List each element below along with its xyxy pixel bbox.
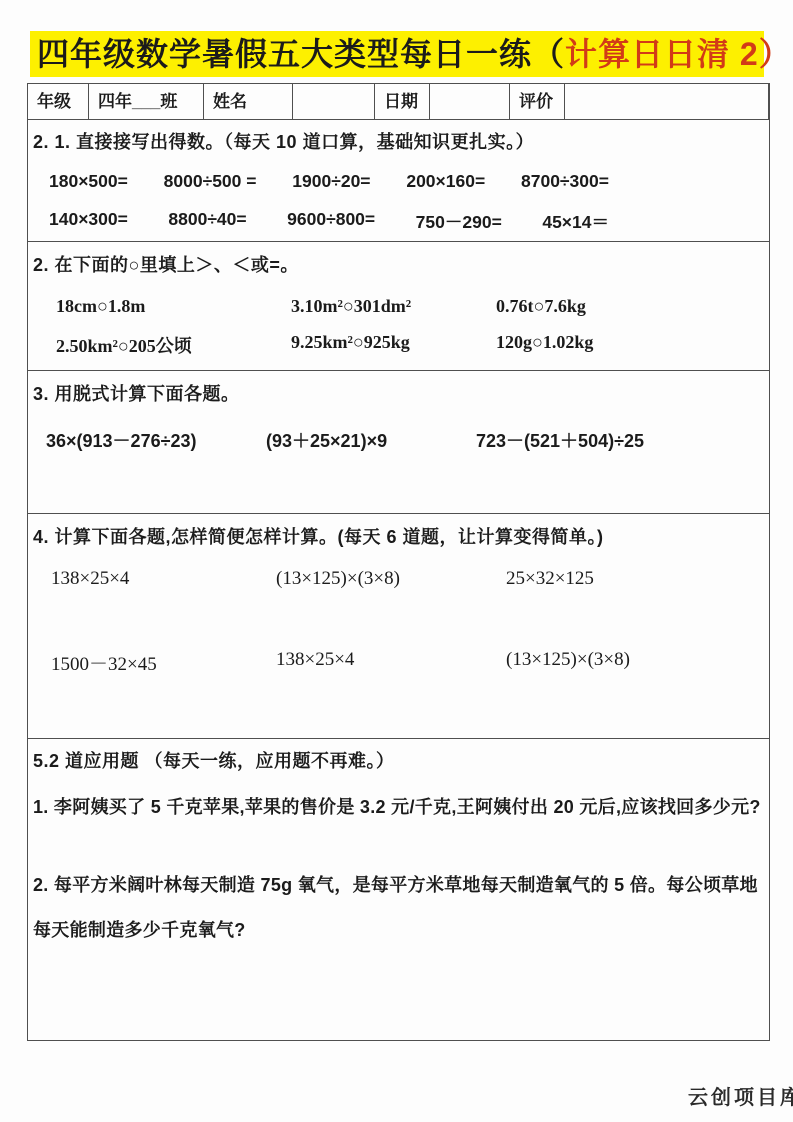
- name-label: 姓名: [204, 84, 293, 119]
- comparison-item: 9.25km²○925kg: [291, 332, 496, 358]
- title-main-text: 四年级数学暑假五大类型每日一练（: [37, 36, 565, 72]
- word-problem-2: 2. 每平方米阔叶林每天制造 75g 氧气，是每平方米草地每天制造氧气的 5 倍…: [28, 863, 769, 953]
- section-2-heading: 2. 在下面的○里填上＞、＜或=。: [28, 242, 769, 277]
- page-title: 四年级数学暑假五大类型每日一练（计算日日清 2）: [30, 31, 764, 77]
- expression: 180×500=: [49, 171, 128, 192]
- expression: 140×300=: [49, 209, 128, 234]
- expression: 723－(521＋504)÷25: [476, 427, 769, 453]
- expression: 200×160=: [406, 171, 485, 192]
- expression: 36×(913－276÷23): [46, 427, 266, 453]
- comparison-item: 18cm○1.8m: [56, 296, 291, 317]
- expression: 750－290=: [416, 209, 502, 234]
- expression: 138×25×4: [276, 649, 506, 676]
- expression: 1500－32×45: [51, 649, 276, 676]
- expression: 8000÷500 =: [164, 171, 257, 192]
- comparison-item: 0.76t○7.6kg: [496, 296, 769, 317]
- section-1-heading: 2. 1. 直接接写出得数。（每天 10 道口算，基础知识更扎实。）: [28, 120, 769, 154]
- date-label: 日期: [375, 84, 430, 119]
- date-value: [430, 84, 510, 119]
- section-1-prefix: 2.: [33, 132, 49, 152]
- name-value: [293, 84, 375, 119]
- section-comparison: 2. 在下面的○里填上＞、＜或=。 18cm○1.8m 3.10m²○301dm…: [28, 242, 769, 371]
- section-simplified-calculation: 4. 计算下面各题,怎样简便怎样计算。(每天 6 道题，让计算变得简单。) 13…: [28, 514, 769, 739]
- grade-label: 年级: [28, 84, 89, 119]
- expression: 138×25×4: [51, 568, 276, 590]
- simplified-row-1: 138×25×4 (13×125)×(3×8) 25×32×125: [51, 568, 769, 590]
- expression: (13×125)×(3×8): [276, 568, 506, 590]
- oral-row-2: 140×300= 8800÷40= 9600÷800= 750－290= 45×…: [49, 209, 609, 234]
- worksheet-body: 年级 四年___班 姓名 日期 评价 2. 1. 直接接写出得数。（每天 10 …: [27, 83, 770, 1041]
- section-3-heading: 3. 用脱式计算下面各题。: [28, 371, 769, 406]
- expression: 25×32×125: [506, 568, 769, 590]
- step-calc-row: 36×(913－276÷23) (93＋25×21)×9 723－(521＋50…: [46, 427, 769, 453]
- grade-value: 四年___班: [89, 84, 204, 119]
- expression: 9600÷800=: [287, 209, 375, 234]
- title-accent-text: 计算日日清 2）: [565, 36, 792, 72]
- info-table: 年级 四年___班 姓名 日期 评价: [28, 84, 769, 120]
- section-word-problems: 5.2 道应用题 （每天一练，应用题不再难。） 1. 李阿姨买了 5 千克苹果,…: [28, 739, 769, 1041]
- section-5-heading: 5.2 道应用题 （每天一练，应用题不再难。）: [28, 739, 769, 773]
- section-1-title: 1. 直接接写出得数。（每天 10 道口算，基础知识更扎实。）: [55, 132, 535, 152]
- comparison-item: 3.10m²○301dm²: [291, 296, 496, 317]
- expression: 8800÷40=: [168, 209, 246, 234]
- rating-value: [565, 84, 769, 119]
- expression: (93＋25×21)×9: [266, 427, 476, 453]
- expression: 1900÷20=: [292, 171, 370, 192]
- comparison-row-1: 18cm○1.8m 3.10m²○301dm² 0.76t○7.6kg: [56, 296, 769, 317]
- comparison-row-2: 2.50km²○205公顷 9.25km²○925kg 120g○1.02kg: [56, 332, 769, 358]
- rating-label: 评价: [510, 84, 565, 119]
- expression: 45×14＝: [542, 209, 609, 234]
- watermark-text: 云创项目库: [688, 1081, 793, 1110]
- comparison-item: 2.50km²○205公顷: [56, 332, 291, 358]
- worksheet-page: 四年级数学暑假五大类型每日一练（计算日日清 2） 年级 四年___班 姓名 日期…: [0, 0, 793, 1122]
- section-oral-calculation: 2. 1. 直接接写出得数。（每天 10 道口算，基础知识更扎实。） 180×5…: [28, 120, 769, 242]
- section-step-calculation: 3. 用脱式计算下面各题。 36×(913－276÷23) (93＋25×21)…: [28, 371, 769, 514]
- expression: (13×125)×(3×8): [506, 649, 769, 676]
- comparison-item: 120g○1.02kg: [496, 332, 769, 358]
- simplified-row-2: 1500－32×45 138×25×4 (13×125)×(3×8): [51, 649, 769, 676]
- section-4-heading: 4. 计算下面各题,怎样简便怎样计算。(每天 6 道题，让计算变得简单。): [28, 514, 769, 549]
- expression: 8700÷300=: [521, 171, 609, 192]
- oral-row-1: 180×500= 8000÷500 = 1900÷20= 200×160= 87…: [49, 171, 609, 192]
- word-problem-1: 1. 李阿姨买了 5 千克苹果,苹果的售价是 3.2 元/千克,王阿姨付出 20…: [28, 785, 769, 830]
